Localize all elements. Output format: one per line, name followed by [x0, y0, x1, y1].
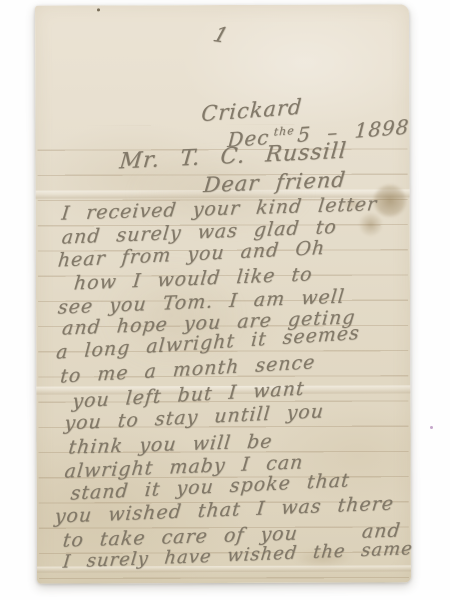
- letter-photograph: 1 Crickard Decthe5 – 1898 Mr. T. C. Russ…: [0, 0, 450, 600]
- heading-place: Crickard: [201, 95, 304, 127]
- page-number: 1: [210, 22, 232, 47]
- date-ordinal: the: [273, 124, 295, 139]
- ink-speck: [97, 8, 100, 11]
- background-speck: [430, 426, 433, 429]
- letter-paper: 1 Crickard Decthe5 – 1898 Mr. T. C. Russ…: [35, 4, 411, 583]
